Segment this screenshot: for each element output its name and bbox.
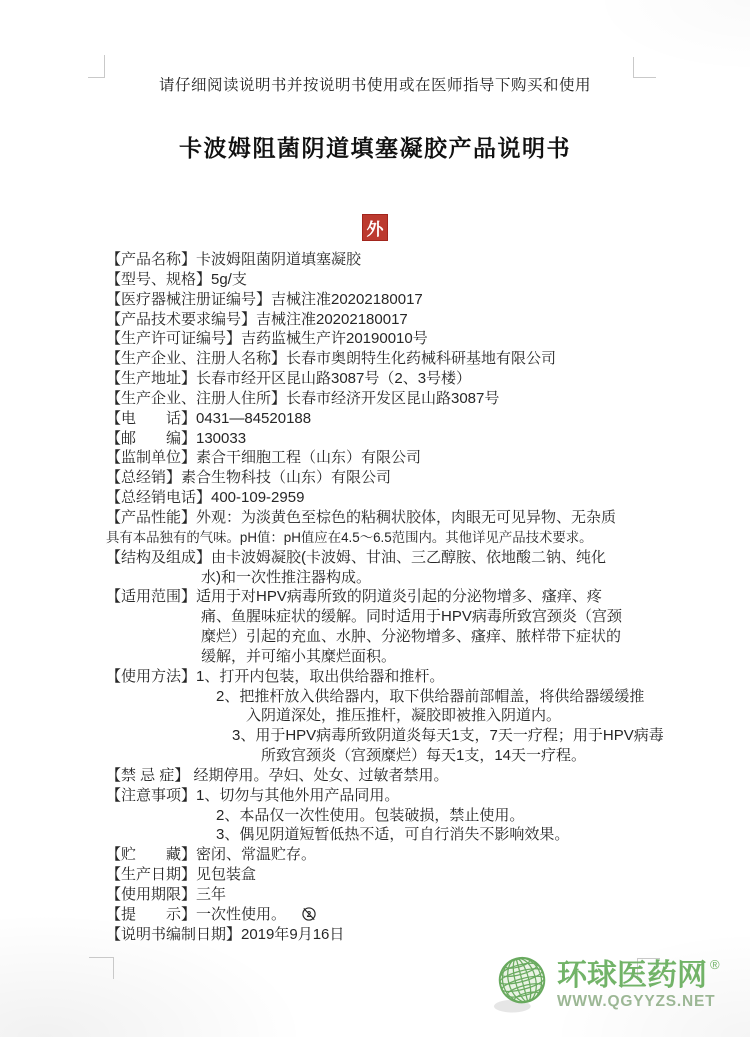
logo-site-url: WWW.QGYYZS.NET	[557, 993, 720, 1010]
doc-line-text: 【生产许可证编号】吉药监械生产许20190010号	[106, 330, 428, 347]
doc-line-text: 【生产企业、注册人住所】长春市经济开发区昆山路3087号	[106, 390, 499, 407]
crop-mark-top-right	[633, 57, 656, 78]
doc-line-text: 【生产地址】长春市经开区昆山路3087号（2、3号楼）	[106, 370, 471, 387]
doc-line: 缓解，并可缩小其糜烂面积。	[106, 647, 642, 667]
doc-line-text: 【使用期限】三年	[106, 886, 226, 903]
doc-line: 【适用范围】适用于对HPV病毒所致的阴道炎引起的分泌物增多、瘙痒、疼	[106, 587, 642, 607]
doc-line-text: 【说明书编制日期】2019年9月16日	[106, 926, 344, 943]
doc-line: 【监制单位】素合干细胞工程（山东）有限公司	[106, 448, 642, 468]
doc-line: 【生产日期】见包装盒	[106, 865, 642, 885]
doc-line-text: 【生产企业、注册人名称】长春市奥朗特生化药械科研基地有限公司	[106, 350, 556, 367]
doc-line-text: 【产品名称】卡波姆阻菌阴道填塞凝胶	[106, 251, 361, 268]
doc-line-text: 2、把推杆放入供给器内，取下供给器前部帽盖，将供给器缓缓推	[216, 688, 644, 705]
doc-line: 【产品技术要求编号】吉械注准20202180017	[106, 310, 642, 330]
doc-line: 入阴道深处，推压推杆，凝胶即被推入阴道内。	[106, 706, 642, 726]
doc-line-text: 所致宫颈炎（宫颈糜烂）每天1支，14天一疗程。	[261, 747, 586, 764]
doc-line: 水)和一次性推注器构成。	[106, 568, 642, 588]
logo-site-name: 环球医药网	[557, 960, 707, 991]
doc-line-text: 3、偶见阴道短暂低热不适，可自行消失不影响效果。	[216, 826, 569, 843]
doc-line-text: 【使用方法】1、打开内包装，取出供给器和推杆。	[106, 668, 444, 685]
doc-line: 【禁 忌 症】 经期停用。孕妇、处女、过敏者禁用。	[106, 766, 642, 786]
doc-line-text: 【适用范围】适用于对HPV病毒所致的阴道炎引起的分泌物增多、瘙痒、疼	[106, 588, 602, 605]
doc-line-text: 具有本品独有的气味。pH值：pH值应在4.5～6.5范围内。其他详见产品技术要求…	[106, 530, 593, 545]
read-instructions-notice: 请仔细阅读说明书并按说明书使用或在医师指导下购买和使用	[0, 76, 750, 96]
doc-line-text: 水)和一次性推注器构成。	[201, 569, 371, 586]
doc-line-text: 【提 示】一次性使用。	[106, 906, 286, 923]
doc-line-text: 【邮 编】130033	[106, 430, 246, 447]
doc-line-text: 【产品技术要求编号】吉械注准20202180017	[106, 311, 408, 328]
watermark-logo: 环球医药网 ® WWW.QGYYZS.NET	[493, 952, 743, 1022]
doc-line-text: 【注意事项】1、切勿与其他外用产品同用。	[106, 787, 399, 804]
doc-line: 【产品名称】卡波姆阻菌阴道填塞凝胶	[106, 250, 642, 270]
doc-line: 【生产许可证编号】吉药监械生产许20190010号	[106, 329, 642, 349]
globe-icon	[493, 952, 551, 1016]
doc-line: 2、本品仅一次性使用。包装破损，禁止使用。	[106, 806, 642, 826]
doc-line: 2、把推杆放入供给器内，取下供给器前部帽盖，将供给器缓缓推	[106, 687, 642, 707]
doc-line: 【产品性能】外观：为淡黄色至棕色的粘稠状胶体，肉眼无可见异物、无杂质	[106, 508, 642, 528]
doc-line: 糜烂）引起的充血、水肿、分泌物增多、瘙痒、脓样带下症状的	[106, 627, 642, 647]
doc-line: 【结构及组成】由卡波姆凝胶(卡波姆、甘油、三乙醇胺、依地酸二钠、纯化	[106, 548, 642, 568]
document-body: 【产品名称】卡波姆阻菌阴道填塞凝胶【型号、规格】5g/支【医疗器械注册证编号】吉…	[106, 250, 642, 945]
doc-line: 痛、鱼腥味症状的缓解。同时适用于HPV病毒所致宫颈炎（宫颈	[106, 607, 642, 627]
doc-line-text: 【总经销】素合生物科技（山东）有限公司	[106, 469, 391, 486]
doc-line-text: 缓解，并可缩小其糜烂面积。	[201, 648, 396, 665]
doc-line-text: 【监制单位】素合干细胞工程（山东）有限公司	[106, 449, 421, 466]
doc-line: 【邮 编】130033	[106, 429, 642, 449]
doc-line-text: 【总经销电话】400-109-2959	[106, 489, 304, 506]
registered-trademark-icon: ®	[710, 958, 720, 971]
doc-line: 【说明书编制日期】2019年9月16日	[106, 925, 642, 945]
external-use-badge: 外	[362, 214, 388, 241]
doc-line-text: 糜烂）引起的充血、水肿、分泌物增多、瘙痒、脓样带下症状的	[201, 628, 621, 645]
doc-line: 【使用方法】1、打开内包装，取出供给器和推杆。	[106, 667, 642, 687]
doc-line: 所致宫颈炎（宫颈糜烂）每天1支，14天一疗程。	[106, 746, 642, 766]
doc-line: 【提 示】一次性使用。2	[106, 905, 642, 925]
doc-line: 具有本品独有的气味。pH值：pH值应在4.5～6.5范围内。其他详见产品技术要求…	[106, 528, 642, 548]
doc-line: 【总经销电话】400-109-2959	[106, 488, 642, 508]
doc-line-text: 入阴道深处，推压推杆，凝胶即被推入阴道内。	[246, 707, 561, 724]
doc-line-text: 【产品性能】外观：为淡黄色至棕色的粘稠状胶体，肉眼无可见异物、无杂质	[106, 509, 616, 526]
doc-line: 【贮 藏】密闭、常温贮存。	[106, 845, 642, 865]
doc-line: 【总经销】素合生物科技（山东）有限公司	[106, 468, 642, 488]
crop-mark-top-left	[88, 55, 105, 78]
doc-line: 【使用期限】三年	[106, 885, 642, 905]
doc-line: 【注意事项】1、切勿与其他外用产品同用。	[106, 786, 642, 806]
doc-line-text: 痛、鱼腥味症状的缓解。同时适用于HPV病毒所致宫颈炎（宫颈	[201, 608, 622, 625]
doc-line-text: 2、本品仅一次性使用。包装破损，禁止使用。	[216, 807, 524, 824]
doc-line: 3、用于HPV病毒所致阴道炎每天1支，7天一疗程；用于HPV病毒	[106, 726, 642, 746]
instruction-leaflet-page: 请仔细阅读说明书并按说明书使用或在医师指导下购买和使用 卡波姆阻菌阴道填塞凝胶产…	[0, 0, 750, 1037]
doc-line-text: 【型号、规格】5g/支	[106, 271, 247, 288]
doc-line: 3、偶见阴道短暂低热不适，可自行消失不影响效果。	[106, 825, 642, 845]
doc-line: 【电 话】0431—84520188	[106, 409, 642, 429]
do-not-reuse-icon: 2	[301, 906, 317, 922]
doc-line: 【医疗器械注册证编号】吉械注准20202180017	[106, 290, 642, 310]
crop-mark-bottom-left	[89, 957, 114, 979]
doc-line: 【生产地址】长春市经开区昆山路3087号（2、3号楼）	[106, 369, 642, 389]
doc-line-text: 【电 话】0431—84520188	[106, 410, 311, 427]
doc-line-text: 【禁 忌 症】 经期停用。孕妇、处女、过敏者禁用。	[106, 767, 449, 784]
doc-line: 【型号、规格】5g/支	[106, 270, 642, 290]
doc-line-text: 【结构及组成】由卡波姆凝胶(卡波姆、甘油、三乙醇胺、依地酸二钠、纯化	[106, 549, 606, 566]
doc-line-text: 【医疗器械注册证编号】吉械注准20202180017	[106, 291, 423, 308]
doc-line-text: 3、用于HPV病毒所致阴道炎每天1支，7天一疗程；用于HPV病毒	[232, 727, 664, 744]
doc-line: 【生产企业、注册人名称】长春市奥朗特生化药械科研基地有限公司	[106, 349, 642, 369]
doc-line: 【生产企业、注册人住所】长春市经济开发区昆山路3087号	[106, 389, 642, 409]
doc-line-text: 【贮 藏】密闭、常温贮存。	[106, 846, 316, 863]
doc-line-text: 【生产日期】见包装盒	[106, 866, 256, 883]
page-title: 卡波姆阻菌阴道填塞凝胶产品说明书	[0, 133, 750, 163]
